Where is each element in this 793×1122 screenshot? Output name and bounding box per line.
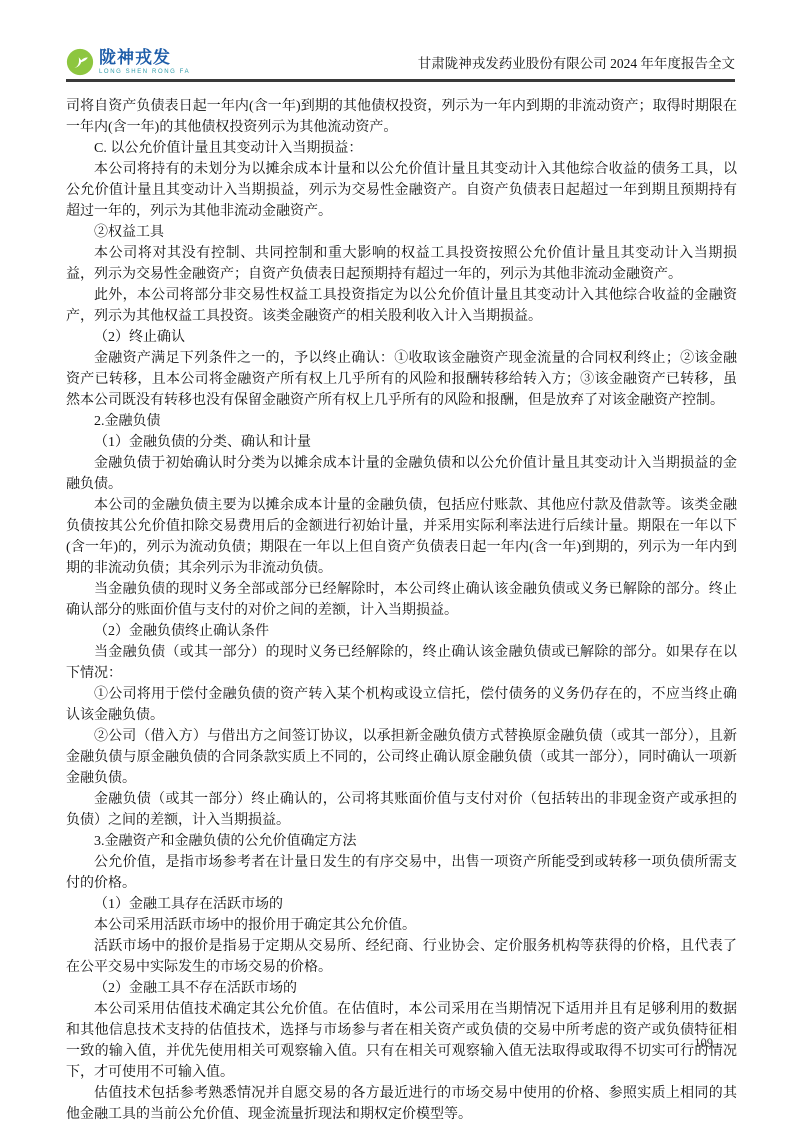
bird-circle-logo-icon — [66, 48, 94, 76]
paragraph: 本公司将对其没有控制、共同控制和重大影响的权益工具投资按照公允价值计量且其变动计… — [66, 243, 737, 285]
heading-financial-liabilities: 2.金融负债 — [66, 411, 737, 432]
paragraph: 本公司采用估值技术确定其公允价值。在估值时，本公司采用在当期情况下适用并且有足够… — [66, 999, 737, 1083]
paragraph: 金融负债（或其一部分）终止确认的，公司将其账面价值与支付对价（包括转出的非现金资… — [66, 789, 737, 831]
paragraph: 公允价值，是指市场参考者在计量日发生的有序交易中，出售一项资产所能受到或转移一项… — [66, 852, 737, 894]
logo-wordmark: 陇神戎发 LONG SHEN RONG FA — [99, 49, 190, 75]
paragraph: ②公司（借入方）与借出方之间签订协议，以承担新金融负债方式替换原金融负债（或其一… — [66, 726, 737, 789]
heading-fair-value-pnl: C. 以公允价值计量且其变动计入当期损益： — [66, 138, 737, 159]
paragraph: 此外，本公司将部分非交易性权益工具投资指定为以公允价值计量且其变动计入其他综合收… — [66, 285, 737, 327]
heading-active-market: （1）金融工具存在活跃市场的 — [66, 894, 737, 915]
report-page: 陇神戎发 LONG SHEN RONG FA 甘肃陇神戎发药业股份有限公司 20… — [0, 0, 793, 1122]
paragraph: 本公司将持有的未划分为以摊余成本计量和以公允价值计量且其变动计入其他综合收益的债… — [66, 159, 737, 222]
paragraph: 本公司的金融负债主要为以摊余成本计量的金融负债，包括应付账款、其他应付款及借款等… — [66, 495, 737, 579]
paragraph: 当金融负债的现时义务全部或部分已经解除时，本公司终止确认该金融负债或义务已解除的… — [66, 579, 737, 621]
logo-brand-cn: 陇神戎发 — [99, 49, 190, 66]
paragraph: 金融负债于初始确认时分类为以摊余成本计量的金融负债和以公允价值计量且其变动计入当… — [66, 453, 737, 495]
company-logo: 陇神戎发 LONG SHEN RONG FA — [66, 48, 190, 76]
header-divider — [66, 79, 735, 82]
paragraph: 当金融负债（或其一部分）的现时义务已经解除的，终止确认该金融负债或已解除的部分。… — [66, 642, 737, 684]
document-body: 司将自资产负债表日起一年内(含一年)到期的其他债权投资，列示为一年内到期的非流动… — [66, 96, 737, 1122]
paragraph: 金融资产满足下列条件之一的，予以终止确认：①收取该金融资产现金流量的合同权利终止… — [66, 348, 737, 411]
report-title: 甘肃陇神戎发药业股份有限公司 2024 年年度报告全文 — [418, 52, 735, 76]
logo-brand-en: LONG SHEN RONG FA — [99, 69, 190, 75]
heading-liability-derecognition: （2）金融负债终止确认条件 — [66, 621, 737, 642]
paragraph: 活跃市场中的报价是指易于定期从交易所、经纪商、行业协会、定价服务机构等获得的价格… — [66, 936, 737, 978]
paragraph: ①公司将用于偿付金融负债的资产转入某个机构或设立信托，偿付债务的义务仍存在的，不… — [66, 684, 737, 726]
paragraph-continuation: 司将自资产负债表日起一年内(含一年)到期的其他债权投资，列示为一年内到期的非流动… — [66, 96, 737, 138]
paragraph: 估值技术包括参考熟悉情况并自愿交易的各方最近进行的市场交易中使用的价格、参照实质… — [66, 1083, 737, 1122]
page-number: 109 — [694, 1036, 713, 1051]
page-header: 陇神戎发 LONG SHEN RONG FA 甘肃陇神戎发药业股份有限公司 20… — [66, 46, 735, 76]
heading-derecognition: （2）终止确认 — [66, 327, 737, 348]
heading-liability-classification: （1）金融负债的分类、确认和计量 — [66, 432, 737, 453]
heading-equity-instruments: ②权益工具 — [66, 222, 737, 243]
heading-no-active-market: （2）金融工具不存在活跃市场的 — [66, 978, 737, 999]
heading-fair-value-method: 3.金融资产和金融负债的公允价值确定方法 — [66, 831, 737, 852]
paragraph: 本公司采用活跃市场中的报价用于确定其公允价值。 — [66, 915, 737, 936]
